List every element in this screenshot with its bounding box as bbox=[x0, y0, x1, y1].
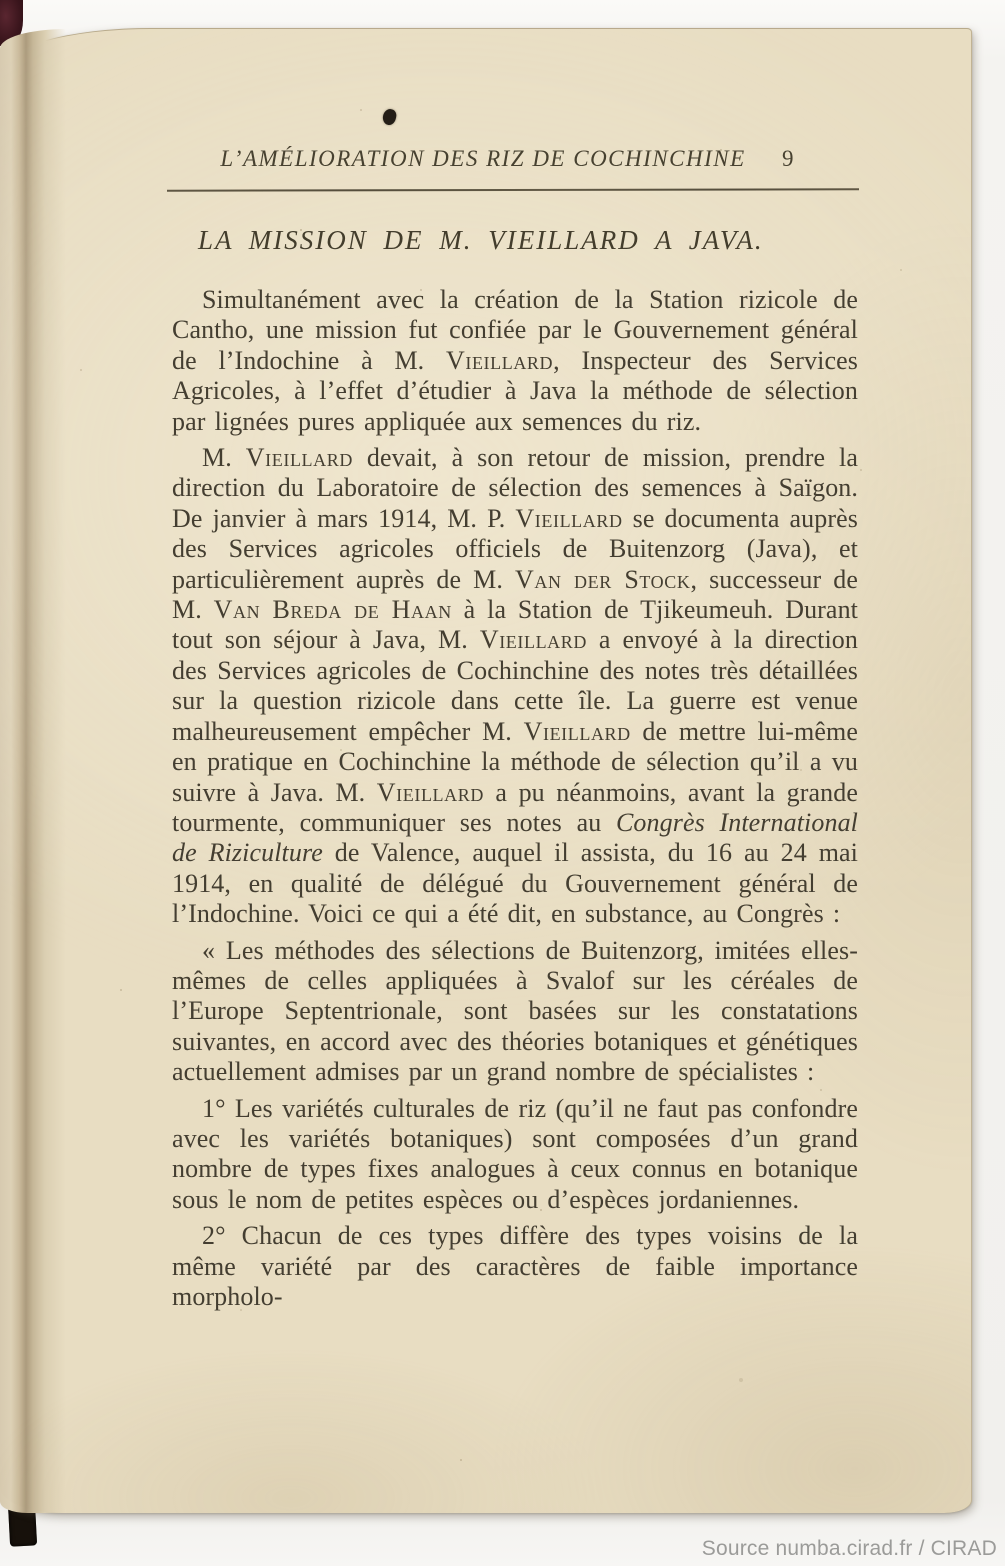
text-segment: Vieillard bbox=[377, 778, 484, 807]
source-attribution: Source numba.cirad.fr / CIRAD bbox=[702, 1537, 997, 1561]
text-segment: 1° Les variétés culturales de riz (qu’il… bbox=[172, 1094, 858, 1214]
body-paragraph-1: Simultanément avec la création de la Sta… bbox=[172, 285, 858, 437]
page-number: 9 bbox=[782, 146, 794, 172]
section-title: LA MISSION DE M. VIEILLARD A JAVA. bbox=[198, 225, 764, 256]
text-segment: Vieillard bbox=[480, 625, 587, 654]
text-segment: Vieillard bbox=[246, 443, 353, 472]
text-segment: Vieillard bbox=[524, 717, 631, 746]
body-paragraph-2: M. Vieillard devait, à son retour de mis… bbox=[172, 443, 858, 930]
text-segment: Vieillard bbox=[446, 346, 553, 375]
running-header: L’AMÉLIORATION DES RIZ DE COCHINCHINE 9 bbox=[172, 146, 858, 174]
text-segment: « Les méthodes des sélections de Buitenz… bbox=[172, 936, 858, 1087]
text-segment: Van Breda de Haan bbox=[214, 595, 452, 624]
header-title: L’AMÉLIORATION DES RIZ DE COCHINCHINE bbox=[172, 146, 794, 172]
text-segment: M. bbox=[202, 443, 246, 472]
body-paragraph-4: 1° Les variétés culturales de riz (qu’il… bbox=[172, 1094, 858, 1216]
text-segment: 2° Chacun de ces types diffère des types… bbox=[172, 1221, 858, 1311]
page-fold-shadow bbox=[0, 29, 66, 1513]
scan-backdrop: { "document": { "header": { "title": "L\… bbox=[0, 0, 1005, 1566]
text-segment: Van der Stock bbox=[515, 565, 691, 594]
body-paragraph-3: « Les méthodes des sélections de Buitenz… bbox=[172, 936, 858, 1088]
body-paragraph-5: 2° Chacun de ces types diffère des types… bbox=[172, 1221, 858, 1312]
text-segment: Vieillard bbox=[515, 504, 622, 533]
body-text: Simultanément avec la création de la Sta… bbox=[172, 285, 858, 1318]
